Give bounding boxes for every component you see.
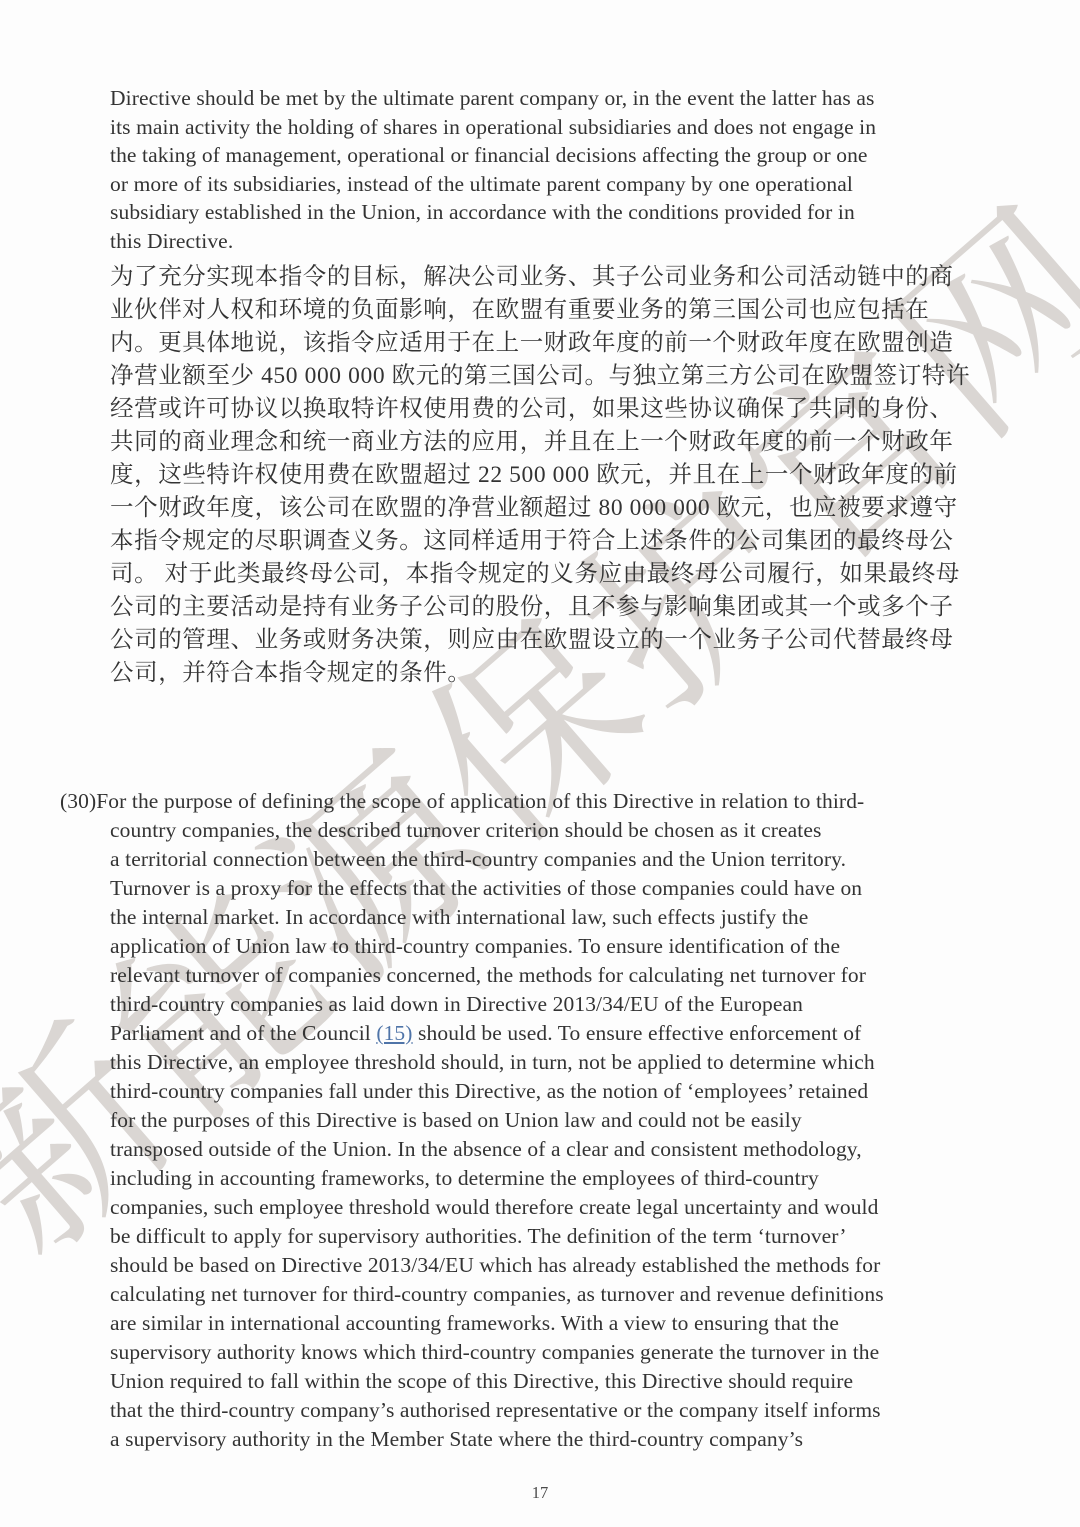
text-segment: should be used. To ensure effective enfo… — [413, 1021, 862, 1045]
recital-30-lines-before-link: country companies, the described turnove… — [110, 816, 1010, 1019]
text-line: a territorial connection between the thi… — [110, 845, 1010, 874]
text-segment: Parliament and of the Council — [110, 1021, 376, 1045]
text-line: 经营或许可协议以换取特许权使用费的公司，如果这些协议确保了共同的身份、 — [110, 393, 1010, 426]
text-line: or more of its subsidiaries, instead of … — [110, 170, 1010, 199]
page-number: 17 — [0, 1483, 1080, 1503]
text-line: including in accounting frameworks, to d… — [110, 1164, 1010, 1193]
text-line: the internal market. In accordance with … — [110, 903, 1010, 932]
text-line: 公司的管理、业务或财务决策，则应由在欧盟设立的一个业务子公司代替最终母 — [110, 624, 1010, 657]
text-line: (30)For the purpose of defining the scop… — [60, 787, 1010, 816]
text-line: 公司，并符合本指令规定的条件。 — [110, 657, 1010, 690]
text-line: 业伙伴对人权和环境的负面影响，在欧盟有重要业务的第三国公司也应包括在 — [110, 294, 1010, 327]
text-line: its main activity the holding of shares … — [110, 113, 1010, 142]
text-line: be difficult to apply for supervisory au… — [110, 1222, 1010, 1251]
text-line: subsidiary established in the Union, in … — [110, 198, 1010, 227]
text-line: third-country companies as laid down in … — [110, 990, 1010, 1019]
text-line: this Directive, an employee threshold sh… — [110, 1048, 1010, 1077]
text-line: that the third-country company’s authori… — [110, 1396, 1010, 1425]
text-line: 内。更具体地说，该指令应适用于在上一财政年度的前一个财政年度在欧盟创造 — [110, 327, 1010, 360]
text-line: 共同的商业理念和统一商业方法的应用，并且在上一个财政年度的前一个财政年 — [110, 426, 1010, 459]
text-line: 司。 对于此类最终母公司，本指令规定的义务应由最终母公司履行，如果最终母 — [110, 558, 1010, 591]
text-line: are similar in international accounting … — [110, 1309, 1010, 1338]
text-line: 一个财政年度，该公司在欧盟的净营业额超过 80 000 000 欧元，也应被要求… — [110, 492, 1010, 525]
document-page: 新能源保护官网 Directive should be met by the u… — [0, 0, 1080, 1527]
text-line: should be based on Directive 2013/34/EU … — [110, 1251, 1010, 1280]
text-line: 度，这些特许权使用费在欧盟超过 22 500 000 欧元，并且在上一个财政年度… — [110, 459, 1010, 492]
text-line: companies, such employee threshold would… — [110, 1193, 1010, 1222]
paragraph-recital-continuation-english: Directive should be met by the ultimate … — [110, 84, 1010, 256]
text-line: third-country companies fall under this … — [110, 1077, 1010, 1106]
page-content: Directive should be met by the ultimate … — [110, 84, 1010, 1454]
recital-number: (30) — [60, 789, 96, 813]
text-line: application of Union law to third-countr… — [110, 932, 1010, 961]
text-line-with-link: Parliament and of the Council (15) shoul… — [110, 1019, 1010, 1048]
footnote-link-15[interactable]: (15) — [376, 1021, 412, 1045]
text-line: transposed outside of the Union. In the … — [110, 1135, 1010, 1164]
text-line: supervisory authority knows which third-… — [110, 1338, 1010, 1367]
paragraph-recital-continuation-chinese: 为了充分实现本指令的目标，解决公司业务、其子公司业务和公司活动链中的商业伙伴对人… — [110, 261, 1010, 690]
text-line: relevant turnover of companies concerned… — [110, 961, 1010, 990]
text-line: Turnover is a proxy for the effects that… — [110, 874, 1010, 903]
text-line: calculating net turnover for third-count… — [110, 1280, 1010, 1309]
paragraph-recital-30: (30)For the purpose of defining the scop… — [110, 787, 1010, 1454]
text-line: for the purposes of this Directive is ba… — [110, 1106, 1010, 1135]
text-line: country companies, the described turnove… — [110, 816, 1010, 845]
text-line: a supervisory authority in the Member St… — [110, 1425, 1010, 1454]
text-line: Directive should be met by the ultimate … — [110, 84, 1010, 113]
recital-30-lines-after-link: this Directive, an employee threshold sh… — [110, 1048, 1010, 1454]
text-line: 公司的主要活动是持有业务子公司的股份，且不参与影响集团或其一个或多个子 — [110, 591, 1010, 624]
text-line: 净营业额至少 450 000 000 欧元的第三国公司。与独立第三方公司在欧盟签… — [110, 360, 1010, 393]
text-line: 为了充分实现本指令的目标，解决公司业务、其子公司业务和公司活动链中的商 — [110, 261, 1010, 294]
text-line: this Directive. — [110, 227, 1010, 256]
text-line: 本指令规定的尽职调查义务。这同样适用于符合上述条件的公司集团的最终母公 — [110, 525, 1010, 558]
text-segment: For the purpose of defining the scope of… — [96, 789, 864, 813]
text-line: Union required to fall within the scope … — [110, 1367, 1010, 1396]
text-line: the taking of management, operational or… — [110, 141, 1010, 170]
